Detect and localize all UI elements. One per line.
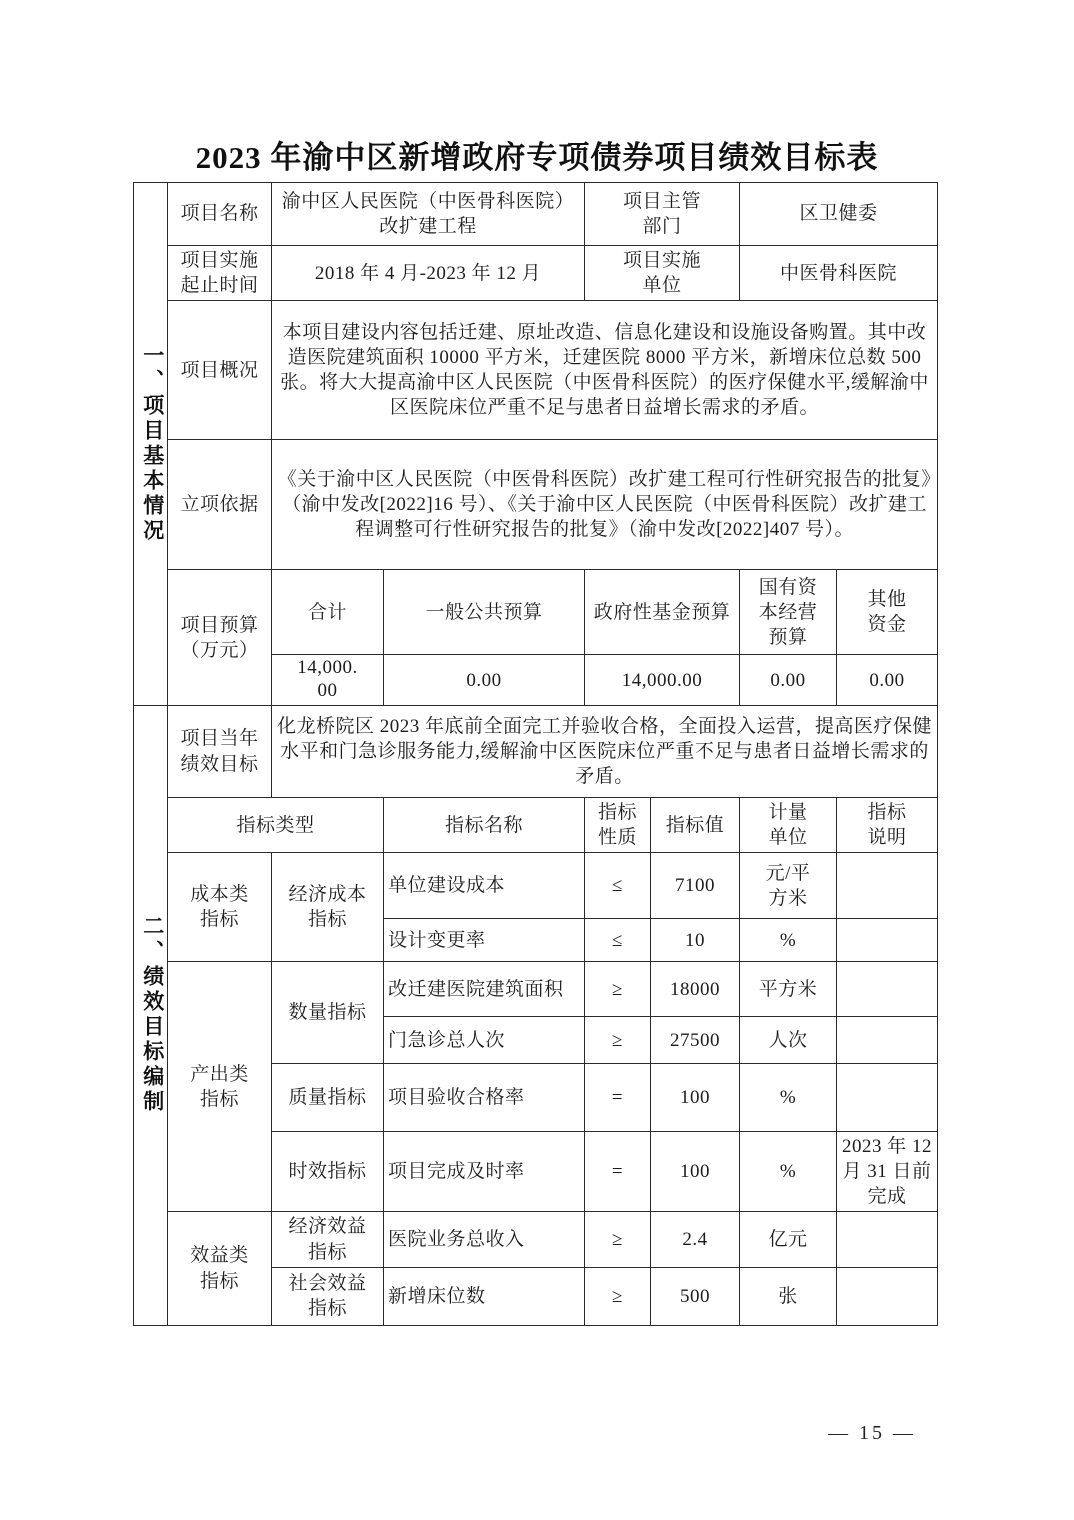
category-benefit-text: 效益类指标 bbox=[188, 1243, 252, 1293]
budget-col-total: 合计 bbox=[272, 570, 384, 655]
supervisor-label-text: 项目主管部门 bbox=[620, 189, 705, 239]
row-period: 项目实施起止时间 2018 年 4 月-2023 年 12 月 项目实施单位 中… bbox=[134, 246, 938, 301]
header-indicator-unit: 计量单位 bbox=[740, 798, 837, 853]
indicator-note bbox=[837, 853, 938, 919]
subcategory-quality: 质量指标 bbox=[272, 1064, 384, 1132]
indicator-name: 新增床位数 bbox=[384, 1267, 585, 1325]
indicator-note: 2023 年 12 月 31 日前完成 bbox=[837, 1132, 938, 1212]
budget-value-other-funds: 0.00 bbox=[837, 655, 938, 706]
indicator-name: 项目完成及时率 bbox=[384, 1132, 585, 1212]
indicator-name: 门急诊总人次 bbox=[384, 1017, 585, 1064]
budget-col-gov-fund: 政府性基金预算 bbox=[585, 570, 740, 655]
supervisor-value: 区卫健委 bbox=[740, 183, 938, 246]
indicator-unit: 元/平方米 bbox=[740, 853, 837, 919]
indicator-nature: ≥ bbox=[585, 962, 651, 1017]
category-output: 产出类指标 bbox=[168, 962, 272, 1212]
indicator-name: 改迁建医院建筑面积 bbox=[384, 962, 585, 1017]
indicator-value: 500 bbox=[651, 1267, 740, 1325]
indicator-note bbox=[837, 962, 938, 1017]
indicator-name: 设计变更率 bbox=[384, 919, 585, 962]
indicator-unit: % bbox=[740, 919, 837, 962]
indicator-row: 产出类指标 数量指标 改迁建医院建筑面积 ≥ 18000 平方米 bbox=[134, 962, 938, 1017]
page-number: — 15 — bbox=[802, 1422, 942, 1445]
indicator-note bbox=[837, 1212, 938, 1267]
indicator-nature: = bbox=[585, 1064, 651, 1132]
indicator-value: 100 bbox=[651, 1132, 740, 1212]
indicator-nature: ≥ bbox=[585, 1267, 651, 1325]
indicator-unit-text: 元/平方米 bbox=[756, 861, 820, 911]
header-indicator-type: 指标类型 bbox=[168, 798, 384, 853]
budget-col-state-capital-text: 国有资本经营预算 bbox=[756, 575, 820, 650]
subcategory-timeliness: 时效指标 bbox=[272, 1132, 384, 1212]
approval-label: 立项依据 bbox=[168, 440, 272, 570]
period-value: 2018 年 4 月-2023 年 12 月 bbox=[272, 246, 585, 301]
header-indicator-name: 指标名称 bbox=[384, 798, 585, 853]
section-performance-cell: 二、绩效目标编制 bbox=[134, 706, 168, 1326]
budget-value-general-public: 0.00 bbox=[384, 655, 585, 706]
overview-label: 项目概况 bbox=[168, 301, 272, 440]
budget-col-general-public: 一般公共预算 bbox=[384, 570, 585, 655]
page-title: 2023 年渝中区新增政府专项债券项目绩效目标表 bbox=[0, 132, 1074, 177]
section-performance-label: 二、绩效目标编制 bbox=[138, 915, 166, 1115]
indicator-note bbox=[837, 919, 938, 962]
indicator-note bbox=[837, 1267, 938, 1325]
row-annual-goal: 二、绩效目标编制 项目当年绩效目标 化龙桥院区 2023 年底前全面完工并验收合… bbox=[134, 706, 938, 798]
indicator-row: 成本类指标 经济成本指标 单位建设成本 ≤ 7100 元/平方米 bbox=[134, 853, 938, 919]
supervisor-label: 项目主管部门 bbox=[585, 183, 740, 246]
period-label: 项目实施起止时间 bbox=[168, 246, 272, 301]
implementer-label-text: 项目实施单位 bbox=[620, 248, 705, 298]
project-name-label: 项目名称 bbox=[168, 183, 272, 246]
indicator-nature: ≥ bbox=[585, 1212, 651, 1267]
budget-value-total: 14,000.00 bbox=[272, 655, 384, 706]
indicator-value: 2.4 bbox=[651, 1212, 740, 1267]
budget-col-other-funds: 其他资金 bbox=[837, 570, 938, 655]
header-indicator-value: 指标值 bbox=[651, 798, 740, 853]
indicator-note bbox=[837, 1064, 938, 1132]
performance-target-table: 一、项目基本情况 项目名称 渝中区人民医院（中医骨科医院）改扩建工程 项目主管部… bbox=[133, 182, 938, 1326]
budget-value-state-capital: 0.00 bbox=[740, 655, 837, 706]
header-indicator-nature: 指标性质 bbox=[585, 798, 651, 853]
document-page: { "page": { "title": "2023 年渝中区新增政府专项债券项… bbox=[0, 0, 1074, 1520]
row-indicator-headers: 指标类型 指标名称 指标性质 指标值 计量单位 指标说明 bbox=[134, 798, 938, 853]
header-indicator-note-text: 指标说明 bbox=[865, 800, 910, 850]
indicator-name: 项目验收合格率 bbox=[384, 1064, 585, 1132]
indicator-unit: 亿元 bbox=[740, 1212, 837, 1267]
budget-col-state-capital: 国有资本经营预算 bbox=[740, 570, 837, 655]
budget-col-other-funds-text: 其他资金 bbox=[865, 587, 910, 637]
project-name-value: 渝中区人民医院（中医骨科医院）改扩建工程 bbox=[272, 183, 585, 246]
indicator-nature: ≥ bbox=[585, 1017, 651, 1064]
indicator-name: 单位建设成本 bbox=[384, 853, 585, 919]
indicator-unit: 平方米 bbox=[740, 962, 837, 1017]
annual-goal-text: 化龙桥院区 2023 年底前全面完工并验收合格，全面投入运营，提高医疗保健水平和… bbox=[272, 706, 938, 798]
category-benefit: 效益类指标 bbox=[168, 1212, 272, 1325]
category-output-text: 产出类指标 bbox=[188, 1062, 252, 1112]
indicator-value: 100 bbox=[651, 1064, 740, 1132]
subcategory-economic-benefit-text: 经济效益指标 bbox=[285, 1214, 370, 1264]
indicator-unit: % bbox=[740, 1132, 837, 1212]
subcategory-quantity: 数量指标 bbox=[272, 962, 384, 1064]
indicator-unit: 人次 bbox=[740, 1017, 837, 1064]
subcategory-economic-cost-text: 经济成本指标 bbox=[285, 882, 370, 932]
indicator-nature: ≤ bbox=[585, 919, 651, 962]
section-basic-info-cell: 一、项目基本情况 bbox=[134, 183, 168, 706]
indicator-unit: 张 bbox=[740, 1267, 837, 1325]
implementer-label: 项目实施单位 bbox=[585, 246, 740, 301]
indicator-note bbox=[837, 1017, 938, 1064]
subcategory-economic-benefit: 经济效益指标 bbox=[272, 1212, 384, 1267]
indicator-name: 医院业务总收入 bbox=[384, 1212, 585, 1267]
row-overview: 项目概况 本项目建设内容包括迁建、原址改造、信息化建设和设施设备购置。其中改造医… bbox=[134, 301, 938, 440]
indicator-nature: = bbox=[585, 1132, 651, 1212]
indicator-row: 效益类指标 经济效益指标 医院业务总收入 ≥ 2.4 亿元 bbox=[134, 1212, 938, 1267]
indicator-unit: % bbox=[740, 1064, 837, 1132]
row-budget-headers: 项目预算（万元） 合计 一般公共预算 政府性基金预算 国有资本经营预算 其他资金 bbox=[134, 570, 938, 655]
approval-text: 《关于渝中区人民医院（中医骨科医院）改扩建工程可行性研究报告的批复》（渝中发改[… bbox=[272, 440, 938, 570]
row-approval: 立项依据 《关于渝中区人民医院（中医骨科医院）改扩建工程可行性研究报告的批复》（… bbox=[134, 440, 938, 570]
indicator-nature: ≤ bbox=[585, 853, 651, 919]
implementer-value: 中医骨科医院 bbox=[740, 246, 938, 301]
budget-value-total-text: 14,000.00 bbox=[293, 657, 363, 703]
header-indicator-nature-text: 指标性质 bbox=[595, 800, 640, 850]
section-basic-info-label: 一、项目基本情况 bbox=[138, 344, 166, 544]
subcategory-economic-cost: 经济成本指标 bbox=[272, 853, 384, 962]
subcategory-social-benefit: 社会效益指标 bbox=[272, 1267, 384, 1325]
annual-goal-label: 项目当年绩效目标 bbox=[168, 706, 272, 798]
subcategory-social-benefit-text: 社会效益指标 bbox=[285, 1271, 370, 1321]
indicator-value: 18000 bbox=[651, 962, 740, 1017]
header-indicator-unit-text: 计量单位 bbox=[766, 800, 811, 850]
overview-text: 本项目建设内容包括迁建、原址改造、信息化建设和设施设备购置。其中改造医院建筑面积… bbox=[272, 301, 938, 440]
budget-label: 项目预算（万元） bbox=[168, 570, 272, 706]
category-cost-text: 成本类指标 bbox=[188, 882, 252, 932]
performance-target-table-container: 一、项目基本情况 项目名称 渝中区人民医院（中医骨科医院）改扩建工程 项目主管部… bbox=[133, 182, 937, 1326]
row-project-name: 一、项目基本情况 项目名称 渝中区人民医院（中医骨科医院）改扩建工程 项目主管部… bbox=[134, 183, 938, 246]
header-indicator-note: 指标说明 bbox=[837, 798, 938, 853]
indicator-value: 27500 bbox=[651, 1017, 740, 1064]
budget-value-gov-fund: 14,000.00 bbox=[585, 655, 740, 706]
indicator-value: 7100 bbox=[651, 853, 740, 919]
indicator-value: 10 bbox=[651, 919, 740, 962]
category-cost: 成本类指标 bbox=[168, 853, 272, 962]
